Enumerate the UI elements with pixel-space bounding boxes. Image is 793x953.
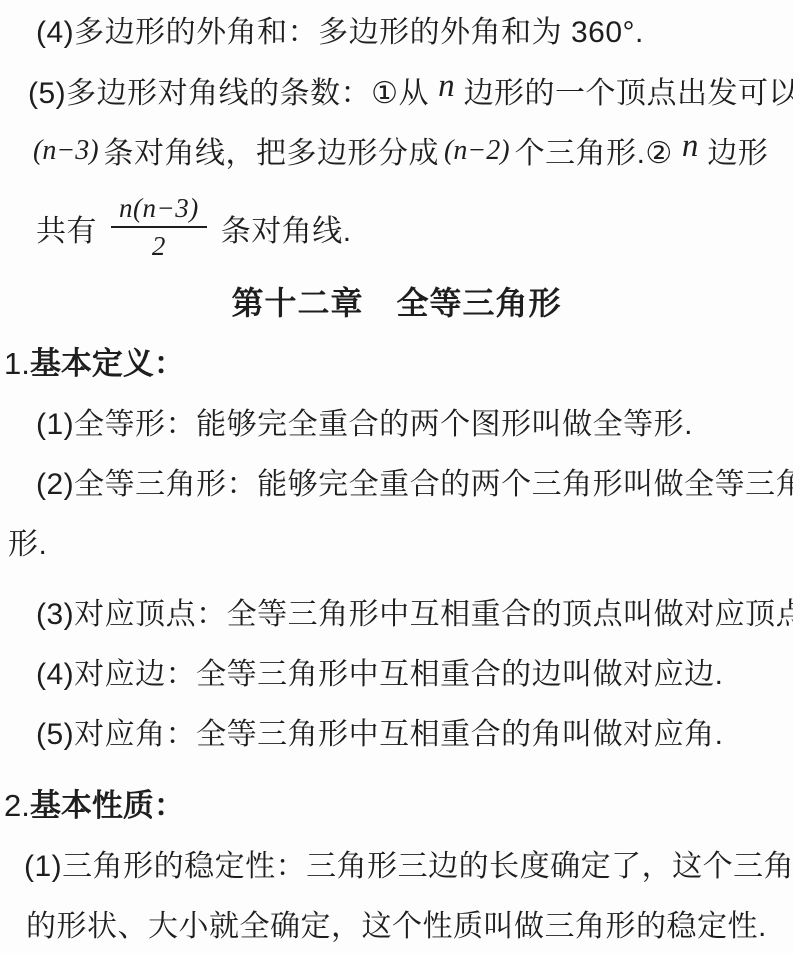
diagonals-line3-text1: 共有	[36, 206, 97, 250]
definition-item-2-line-2-text: 形.	[8, 528, 47, 561]
definition-item-2-line-2: 形.	[0, 515, 793, 575]
math-var-n-1: n	[438, 68, 455, 104]
definition-item-4-text: (4)对应边：全等三角形中互相重合的边叫做对应边.	[36, 658, 724, 691]
para-diagonals-line-3: 共有n(n−3)2条对角线.	[0, 183, 793, 273]
fraction-n-n-minus-3-over-2: n(n−3)2	[111, 190, 207, 264]
definition-item-1-text: (1)全等形：能够完全重合的两个图形叫做全等形.	[36, 408, 693, 441]
property-item-1-line-2-text: 的形状、大小就全确定，这个性质叫做三角形的稳定性.	[26, 910, 767, 943]
definition-item-5: (5)对应角：全等三角形中互相重合的角叫做对应角.	[0, 705, 793, 765]
diagonals-line2-text3: 边形	[707, 137, 768, 170]
math-expr-n-minus-3: (n−3)	[33, 135, 99, 166]
definition-item-3-text: (3)对应顶点：全等三角形中互相重合的顶点叫做对应顶点.	[36, 598, 793, 631]
section-definitions-title: 基本定义：	[30, 346, 185, 381]
section-definitions-number: 1.	[4, 346, 30, 381]
property-item-1-line-2: 的形状、大小就全确定，这个性质叫做三角形的稳定性.	[0, 897, 793, 953]
diagonals-line2-text2: 个三角形.②	[515, 137, 673, 170]
definition-item-5-text: (5)对应角：全等三角形中互相重合的角叫做对应角.	[36, 718, 724, 751]
para-diagonals-line-1: (5)多边形对角线的条数：①从n边形的一个顶点出发可以引	[0, 63, 793, 123]
section-properties-number: 2.	[4, 788, 30, 823]
diagonals-line1-text1: (5)多边形对角线的条数：①从	[28, 77, 429, 110]
definition-item-2-line-1-text: (2)全等三角形：能够完全重合的两个三角形叫做全等三角	[36, 468, 793, 501]
definition-item-1: (1)全等形：能够完全重合的两个图形叫做全等形.	[0, 395, 793, 455]
definition-item-2-line-1: (2)全等三角形：能够完全重合的两个三角形叫做全等三角	[0, 455, 793, 515]
math-expr-n-minus-2: (n−2)	[444, 135, 510, 166]
property-item-1-line-1-text: (1)三角形的稳定性：三角形三边的长度确定了，这个三角形	[24, 850, 793, 883]
para-exterior-angle-sum: (4)多边形的外角和：多边形的外角和为 360°.	[0, 3, 793, 63]
diagonals-line2-text1: 条对角线，把多边形分成	[104, 137, 440, 170]
para-exterior-angle-sum-text: (4)多边形的外角和：多边形的外角和为 360°.	[36, 16, 644, 49]
definition-item-4: (4)对应边：全等三角形中互相重合的边叫做对应边.	[0, 645, 793, 705]
section-properties-title: 基本性质：	[30, 788, 185, 823]
document-page: (4)多边形的外角和：多边形的外角和为 360°. (5)多边形对角线的条数：①…	[0, 0, 793, 953]
section-definitions-heading: 1.基本定义：	[0, 333, 793, 395]
diagonals-line1-text2: 边形的一个顶点出发可以引	[464, 77, 793, 110]
chapter-heading: 第十二章 全等三角形	[0, 273, 793, 333]
diagonals-line3-text2: 条对角线.	[221, 206, 352, 250]
fraction-numerator: n(n−3)	[111, 190, 207, 228]
fraction-denominator: 2	[152, 228, 166, 264]
property-item-1-line-1: (1)三角形的稳定性：三角形三边的长度确定了，这个三角形	[0, 837, 793, 897]
para-diagonals-line-2: (n−3)条对角线，把多边形分成(n−2)个三角形.②n边形	[0, 123, 793, 183]
section-properties-heading: 2.基本性质：	[0, 775, 793, 837]
definition-item-3: (3)对应顶点：全等三角形中互相重合的顶点叫做对应顶点.	[0, 585, 793, 645]
math-var-n-2: n	[682, 128, 699, 164]
chapter-heading-text: 第十二章 全等三角形	[231, 285, 561, 321]
